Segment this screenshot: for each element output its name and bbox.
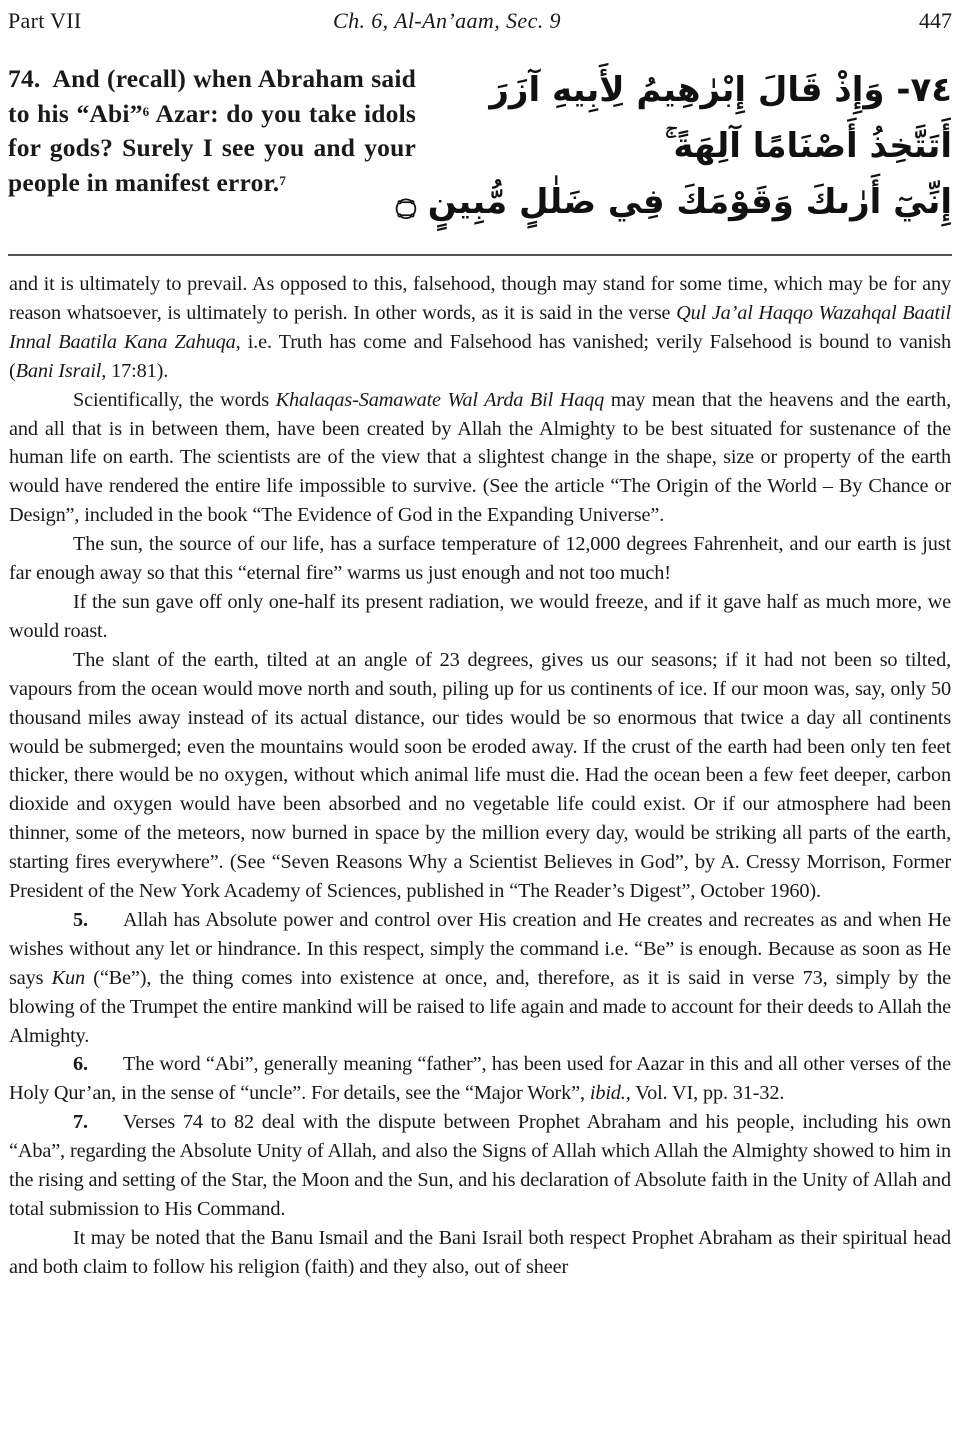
footnote-number: 6. xyxy=(73,1050,123,1079)
footnote-6: 6.The word “Abi”, generally meaning “fat… xyxy=(9,1050,951,1108)
arabic-line: إِنِّيٓ أَرٰىكَ وَقَوْمَكَ فِي ضَلٰلٍ مُ… xyxy=(522,174,952,230)
book-page: Part VII Ch. 6, Al-An’aam, Sec. 9 447 74… xyxy=(0,0,960,1430)
section-divider xyxy=(8,254,952,256)
transliteration: Khalaqas-Samawate Wal Arda Bil Haqq xyxy=(276,389,605,411)
arabic-line: أَتَتَّخِذُ أَصْنَامًا آلِهَةً ۚ xyxy=(522,118,952,174)
part-label: Part VII xyxy=(8,6,81,36)
footnote-5: 5.Allah has Absolute power and control o… xyxy=(9,906,951,1051)
chapter-section-title: Ch. 6, Al-An’aam, Sec. 9 xyxy=(333,6,561,36)
commentary-paragraph: The slant of the earth, tilted at an ang… xyxy=(9,646,951,906)
commentary-paragraph: It may be noted that the Banu Ismail and… xyxy=(9,1224,951,1282)
commentary-body: and it is ultimately to prevail. As oppo… xyxy=(9,270,951,1282)
running-header: Part VII Ch. 6, Al-An’aam, Sec. 9 447 xyxy=(8,6,952,36)
footnote-7: 7.Verses 74 to 82 deal with the dispute … xyxy=(9,1108,951,1224)
citation-ibid: ibid., xyxy=(590,1082,631,1104)
surah-reference: Bani Israil, xyxy=(16,360,107,382)
commentary-paragraph: The sun, the source of our life, has a s… xyxy=(9,530,951,588)
footnote-number: 5. xyxy=(73,906,123,935)
arabic-line: ٧٤- وَإِذْ قَالَ إِبْرٰهِيمُ لِأَبِيهِ آ… xyxy=(522,62,952,118)
verse-block: 74.And (recall) when Abraham said to his… xyxy=(8,62,952,242)
verse-arabic-text: ٧٤- وَإِذْ قَالَ إِبْرٰهِيمُ لِأَبِيهِ آ… xyxy=(522,62,952,230)
commentary-paragraph: If the sun gave off only one-half its pr… xyxy=(9,588,951,646)
footnote-number: 7. xyxy=(73,1108,123,1137)
commentary-paragraph: Scientifically, the words Khalaqas-Samaw… xyxy=(9,386,951,531)
footnote-ref-7[interactable]: 7 xyxy=(279,173,286,188)
transliteration: Kun xyxy=(52,967,85,989)
commentary-paragraph: and it is ultimately to prevail. As oppo… xyxy=(9,270,951,386)
verse-translation: 74.And (recall) when Abraham said to his… xyxy=(8,62,416,200)
footnote-ref-6[interactable]: 6 xyxy=(143,104,150,119)
page-number: 447 xyxy=(919,6,952,36)
verse-number: 74. xyxy=(8,64,40,93)
